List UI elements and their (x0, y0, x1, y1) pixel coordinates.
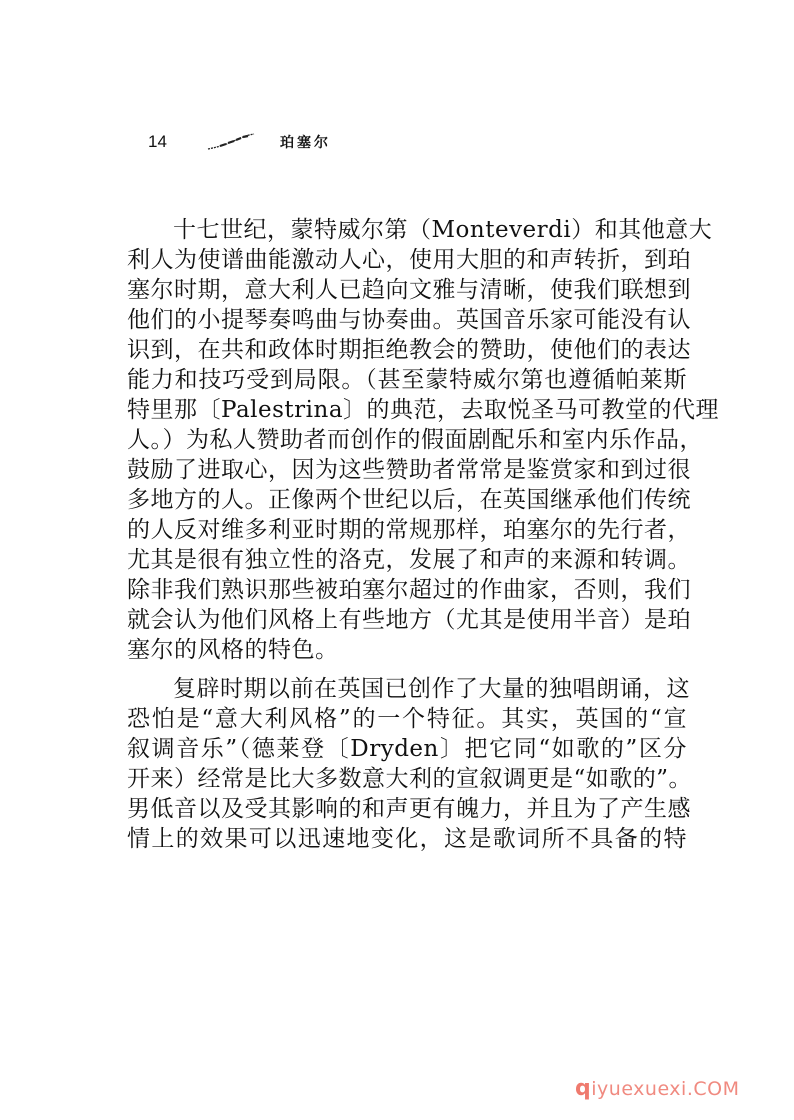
page-number: 14 (148, 132, 206, 152)
body-text: 十七世纪，蒙特威尔第（Monteverdi）和其他意大 利人为使谱曲能激动人心，… (127, 215, 687, 863)
text-line: 尤其是很有独立性的洛克，发展了和声的来源和转调。 (127, 545, 687, 575)
text-line: 人。）为私人赞助者而创作的假面剧配乐和室内乐作品， (127, 425, 687, 455)
text-line: 识到，在共和政体时期拒绝教会的赞助，使他们的表达 (127, 335, 687, 365)
text-line: 除非我们熟识那些被珀塞尔超过的作曲家，否则，我们 (127, 575, 687, 605)
text-line: 十七世纪，蒙特威尔第（Monteverdi）和其他意大 (127, 215, 687, 245)
text-line: 叙调音乐”（德莱登〔Dryden〕把它同“如歌的”区分 (127, 734, 687, 764)
text-line: 能力和技巧受到局限。（甚至蒙特威尔第也遵循帕莱斯 (127, 365, 687, 395)
running-title: 珀塞尔 (280, 132, 331, 152)
text-line: 的人反对维多利亚时期的常规那样，珀塞尔的先行者， (127, 515, 687, 545)
watermark: qiyuexuexi.COM (575, 1076, 740, 1101)
running-head: 14 珀塞尔 (148, 130, 331, 154)
text-line: 恐怕是“意大利风格”的一个特征。其实，英国的“宣 (127, 704, 687, 734)
text-line: 特里那〔Palestrina〕的典范，去取悦圣马可教堂的代理 (127, 395, 687, 425)
text-line: 他们的小提琴奏鸣曲与协奏曲。英国音乐家可能没有认 (127, 305, 687, 335)
text-line: 就会认为他们风格上有些地方（尤其是使用半音）是珀 (127, 605, 687, 635)
text-line: 复辟时期以前在英国已创作了大量的独唱朗诵，这 (127, 674, 687, 704)
text-line: 情上的效果可以迅速地变化，这是歌词所不具备的特 (127, 824, 687, 854)
text-line: 男低音以及受其影响的和声更有魄力，并且为了产生感 (127, 794, 687, 824)
text-line: 利人为使谱曲能激动人心，使用大胆的和声转折，到珀 (127, 245, 687, 275)
feather-icon (206, 132, 256, 152)
text-line: 开来）经常是比大多数意大利的宣叙调更是“如歌的”。 (127, 764, 687, 794)
watermark-initial: q (575, 1076, 591, 1101)
text-line: 塞尔的风格的特色。 (127, 635, 687, 665)
text-line: 鼓励了进取心，因为这些赞助者常常是鉴赏家和到过很 (127, 455, 687, 485)
watermark-text: iyuexuexi.COM (591, 1078, 739, 1100)
text-line: 塞尔时期，意大利人已趋向文雅与清晰，使我们联想到 (127, 275, 687, 305)
text-line: 多地方的人。正像两个世纪以后，在英国继承他们传统 (127, 485, 687, 515)
paragraph-2: 复辟时期以前在英国已创作了大量的独唱朗诵，这 恐怕是“意大利风格”的一个特征。其… (127, 674, 687, 854)
paragraph-1: 十七世纪，蒙特威尔第（Monteverdi）和其他意大 利人为使谱曲能激动人心，… (127, 215, 687, 665)
